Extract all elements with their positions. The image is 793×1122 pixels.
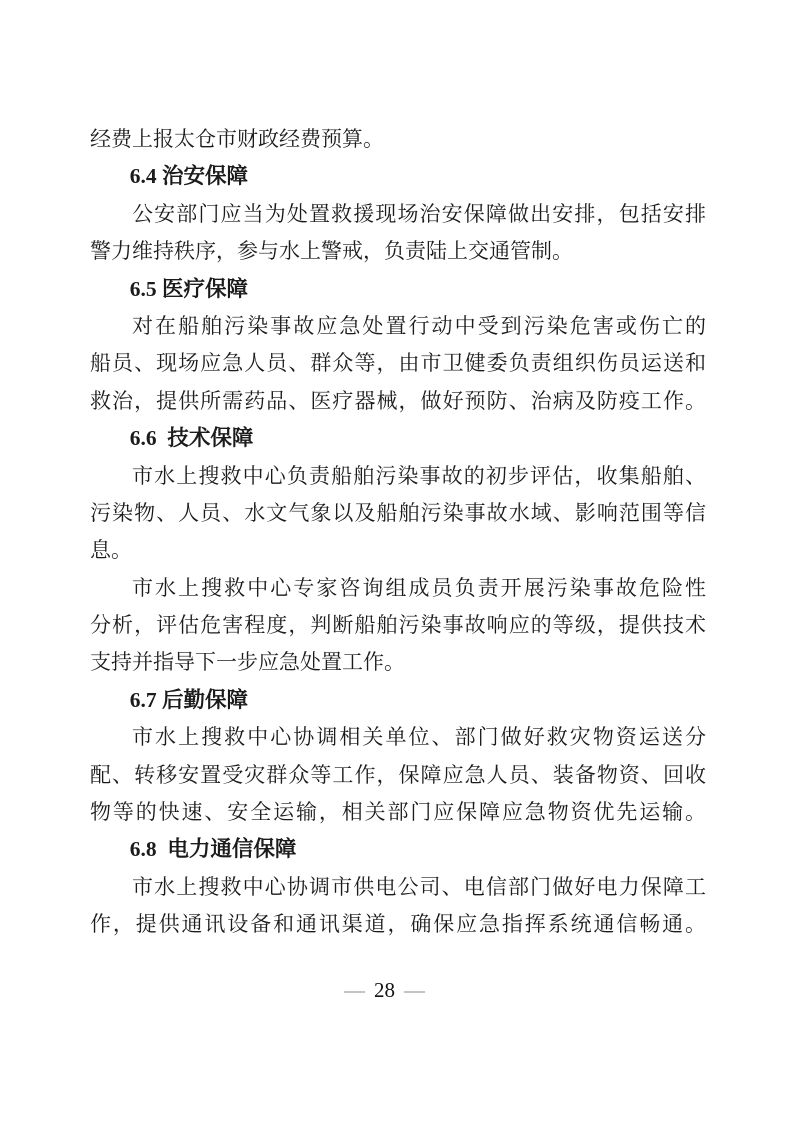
paragraph-line: 对在船舶污染事故应急处置行动中受到污染危害或伤亡的: [90, 308, 706, 345]
heading-6-8: 6.8 电力通信保障: [90, 831, 706, 868]
paragraph-line: 市水上搜救中心协调相关单位、部门做好救灾物资运送分: [90, 719, 706, 756]
paragraph-line: 配、转移安置受灾群众等工作，保障应急人员、装备物资、回收: [90, 757, 706, 794]
paragraph-line: 经费上报太仓市财政经费预算。: [90, 121, 706, 158]
page-footer: — 28 —: [0, 977, 781, 1003]
footer-dash-right: —: [404, 977, 425, 1003]
paragraph-line: 市水上搜救中心负责船舶污染事故的初步评估，收集船舶、: [90, 458, 706, 495]
heading-6-5: 6.5 医疗保障: [90, 271, 706, 308]
paragraph-line: 船员、现场应急人员、群众等，由市卫健委负责组织伤员运送和: [90, 345, 706, 382]
heading-6-4: 6.4 治安保障: [90, 158, 706, 195]
paragraph-line: 公安部门应当为处置救援现场治安保障做出安排，包括安排: [90, 196, 706, 233]
document-body: 经费上报太仓市财政经费预算。 6.4 治安保障 公安部门应当为处置救援现场治安保…: [90, 121, 706, 944]
paragraph-line: 作，提供通讯设备和通讯渠道，确保应急指挥系统通信畅通。: [90, 906, 706, 943]
paragraph-line: 息。: [90, 532, 706, 569]
paragraph-line: 物等的快速、安全运输，相关部门应保障应急物资优先运输。: [90, 794, 706, 831]
paragraph-line: 分析，评估危害程度，判断船舶污染事故响应的等级，提供技术: [90, 607, 706, 644]
paragraph-line: 警力维持秩序，参与水上警戒，负责陆上交通管制。: [90, 233, 706, 270]
paragraph-line: 市水上搜救中心协调市供电公司、电信部门做好电力保障工: [90, 869, 706, 906]
paragraph-line: 污染物、人员、水文气象以及船舶污染事故水域、影响范围等信: [90, 495, 706, 532]
heading-6-7: 6.7 后勤保障: [90, 682, 706, 719]
footer-dash-left: —: [344, 977, 365, 1003]
paragraph-line: 市水上搜救中心专家咨询组成员负责开展污染事故危险性: [90, 570, 706, 607]
paragraph-line: 救治，提供所需药品、医疗器械，做好预防、治病及防疫工作。: [90, 383, 706, 420]
page-number: 28: [374, 977, 395, 1003]
paragraph-line: 支持并指导下一步应急处置工作。: [90, 644, 706, 681]
document-page: 经费上报太仓市财政经费预算。 6.4 治安保障 公安部门应当为处置救援现场治安保…: [0, 0, 793, 1122]
heading-6-6: 6.6 技术保障: [90, 420, 706, 457]
